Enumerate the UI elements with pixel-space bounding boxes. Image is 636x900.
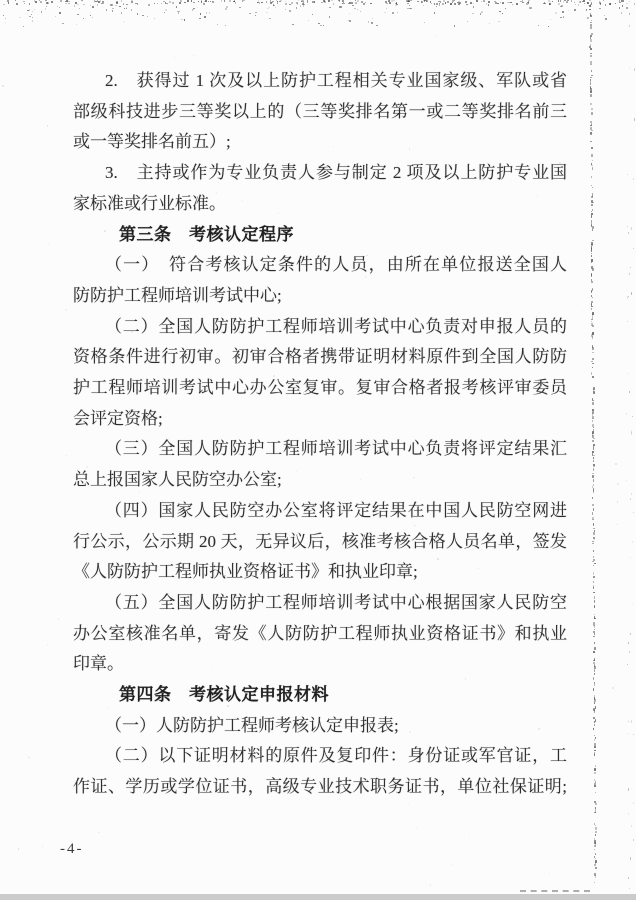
scan-noise-dot (494, 1, 496, 2)
scan-noise-dot (454, 0, 455, 1)
scan-noise-dot (7, 0, 9, 2)
scan-noise-dot (307, 2, 309, 3)
scan-noise-dot (599, 1, 600, 2)
scan-noise-dot (593, 528, 595, 529)
scan-noise-dot (592, 167, 593, 170)
scan-noise-dot (593, 446, 594, 449)
scan-noise-dot (529, 7, 531, 9)
scan-noise-dot (16, 3, 17, 5)
scan-noise-dot (631, 432, 632, 435)
scan-noise-dot (94, 0, 95, 2)
text-line: （四）国家人民防空办公室将评定结果在中国人民防空网进 (73, 496, 567, 527)
scan-noise-dot (591, 213, 593, 215)
scan-noise-dot (177, 11, 179, 12)
scan-noise-dot (593, 429, 595, 431)
scan-noise-dot (594, 673, 595, 675)
scan-noise-dot (409, 8, 411, 9)
scan-noise-dot (595, 875, 596, 878)
scan-noise-dot (591, 259, 592, 262)
scan-noise-dot (169, 1, 171, 3)
scan-noise-dot (98, 1, 99, 3)
scan-noise-dot (234, 0, 235, 2)
scan-noise-dot (593, 427, 594, 428)
scan-noise-dot (586, 9, 587, 11)
scan-noise-dot (166, 3, 168, 4)
scan-noise-dot (447, 1, 448, 3)
text-line: 作证、学历或学位证书，高级专业技术职务证书，单位社保证明; (73, 772, 567, 803)
scan-noise-dot (552, 1, 553, 2)
scan-noise-dot (594, 596, 595, 599)
scan-noise-dot (210, 1, 211, 2)
scan-noise-dot (29, 3, 30, 4)
scan-noise-dot (590, 86, 591, 89)
scan-noise-dot (97, 4, 98, 6)
scan-noise-dot (589, 5, 591, 6)
scan-noise-dot (502, 13, 504, 14)
scan-noise-dot (571, 0, 572, 2)
scan-noise-dot (62, 23, 64, 24)
scan-noise-dot (590, 127, 591, 129)
scan-noise-dot (593, 400, 594, 401)
scan-noise-dot (594, 768, 596, 771)
scan-noise-dot (209, 12, 210, 14)
scan-noise-dot (594, 658, 595, 661)
scan-noise-dot (164, 12, 166, 13)
scan-noise-dot (622, 0, 624, 2)
scan-noise-dot (388, 0, 390, 2)
scan-noise-dot (603, 0, 604, 1)
scan-noise-dot (594, 779, 595, 781)
scan-noise-dot (592, 367, 593, 368)
scan-noise-dot (591, 334, 593, 337)
scan-noise-dot (591, 123, 592, 126)
scan-noise-dot (258, 0, 259, 2)
scan-noise-dot (595, 860, 597, 863)
scan-noise-dot (628, 721, 629, 723)
scan-noise-dot (592, 413, 593, 415)
scan-noise-dot (627, 321, 628, 322)
scan-noise-dot (632, 604, 633, 605)
scan-noise-dot (593, 728, 594, 730)
scan-noise-dot (595, 792, 596, 794)
scan-noise-dot (365, 2, 366, 3)
scan-noise-dot (592, 409, 594, 411)
scan-noise-dot (593, 488, 594, 490)
scan-noise-dot (593, 479, 594, 482)
scan-noise-dot (619, 0, 621, 1)
scan-noise-dot (594, 721, 595, 723)
scan-noise-dot (465, 1, 467, 3)
scan-noise-dot (409, 5, 410, 6)
scan-noise-dot (590, 141, 592, 142)
scan-noise-dot (303, 4, 304, 5)
scan-noise-dot (285, 9, 286, 10)
scan-noise-dot (372, 18, 373, 20)
scan-noise-dot (442, 3, 444, 5)
scan-noise-dot (303, 1, 304, 2)
scan-noise-dot (226, 6, 228, 8)
scan-noise-dot (560, 0, 561, 1)
scan-noise-dot (592, 398, 593, 401)
scan-noise-dot (512, 4, 513, 5)
scan-noise-dot (528, 1, 529, 2)
scan-noise-dot (473, 6, 474, 8)
scan-noise-dot (201, 1, 202, 3)
scan-noise-dot (355, 2, 357, 4)
scan-noise-dot (594, 785, 596, 787)
scan-noise-dot (57, 6, 58, 7)
scan-noise-dot (269, 18, 270, 20)
scan-noise-dot (115, 5, 117, 7)
scan-noise-dot (593, 717, 595, 719)
scan-noise-dot (333, 3, 335, 5)
scan-noise-dot (385, 1, 387, 2)
scan-noise-dot (590, 132, 592, 134)
scan-noise-dot (566, 1, 568, 3)
scan-noise-dot (563, 1, 564, 3)
scan-noise-dot (592, 358, 594, 359)
scan-noise-dot (410, 0, 412, 1)
scan-noise-dot (296, 2, 297, 4)
scan-noise-dot (590, 4, 592, 7)
scan-noise-dot (595, 737, 596, 739)
scan-noise-dot (594, 801, 595, 803)
scan-noise-dot (424, 0, 426, 1)
scan-noise-dot (633, 839, 634, 841)
scan-noise-dot (582, 1, 583, 3)
scan-noise-dot (163, 1, 165, 3)
scan-noise-dot (192, 9, 193, 11)
scan-noise-dot (368, 21, 369, 23)
scan-noise-dot (593, 587, 594, 589)
scan-noise-dot (200, 13, 202, 15)
scan-noise-dot (594, 838, 595, 840)
scan-noise-dot (422, 1, 424, 3)
scan-noise-dot (131, 9, 132, 11)
scan-noise-dot (90, 5, 92, 6)
scan-noise-dot (376, 25, 377, 26)
scan-noise-dot (452, 2, 454, 3)
scan-noise-dot (363, 3, 365, 4)
scan-noise-dot (593, 532, 594, 535)
scan-noise-dot (83, 4, 85, 5)
scan-noise-dot (443, 0, 445, 2)
scan-noise-dot (633, 248, 634, 249)
scan-noise-dot (594, 702, 595, 704)
scan-noise-dot (81, 0, 82, 1)
scan-noise-dot (590, 35, 592, 37)
scan-noise-dot (590, 77, 592, 78)
scan-noise-dot (225, 25, 226, 26)
scan-noise-dot (126, 4, 128, 5)
scan-noise-dot (626, 7, 628, 9)
scan-noise-dot (591, 2, 592, 5)
scan-noise-dot (277, 1, 279, 2)
scan-noise-dot (396, 2, 397, 4)
scan-noise-dot (458, 1, 460, 2)
scan-noise-dot (592, 336, 593, 339)
scan-noise-dot (594, 684, 595, 686)
scan-noise-dot (349, 20, 351, 22)
scan-noise-dot (249, 13, 251, 14)
scan-noise-dot (594, 882, 595, 883)
scan-noise-dot (630, 267, 631, 268)
scan-noise-dot (580, 1, 581, 3)
scan-noise-dot (206, 12, 208, 14)
scan-noise-dot (628, 642, 629, 644)
scan-noise-dot (302, 3, 303, 5)
scan-noise-dot (595, 867, 597, 869)
scan-noise-dot (225, 8, 227, 10)
scan-noise-dot (567, 0, 568, 1)
scan-noise-dot (593, 559, 594, 561)
scan-noise-dot (591, 185, 592, 187)
scan-noise-dot (616, 524, 618, 525)
scan-noise-dot (424, 22, 425, 23)
scan-noise-dot (594, 616, 595, 619)
scan-noise-dot (591, 301, 593, 303)
scan-noise-dot (592, 332, 594, 335)
scan-noise-dot (590, 83, 592, 85)
scan-noise-dot (267, 8, 269, 9)
scan-noise-dot (591, 215, 592, 217)
scan-noise-dot (591, 361, 593, 362)
scan-noise-dot (590, 90, 592, 93)
scan-noise-dot (594, 563, 596, 564)
scan-noise-dot (255, 15, 256, 16)
scan-noise-dot (593, 581, 594, 584)
scan-noise-dot (505, 8, 506, 9)
text-line: （一） 符合考核认定条件的人员，由所在单位报送全国人 (73, 250, 567, 281)
scan-noise-dot (467, 21, 468, 22)
scan-noise-dot (408, 1, 410, 2)
scan-noise-dot (2, 85, 4, 87)
scan-noise-dot (612, 687, 614, 689)
scan-noise-dot (76, 24, 77, 25)
scan-noise-dot (37, 562, 39, 563)
scan-noise-dot (434, 3, 436, 5)
scan-noise-dot (592, 517, 594, 519)
scan-noise-dot (617, 483, 619, 485)
scan-noise-dot (495, 2, 497, 4)
scan-noise-dot (591, 262, 592, 263)
scan-noise-dot (594, 664, 595, 667)
scan-noise-dot (558, 3, 560, 5)
scan-noise-dot (60, 0, 62, 2)
scan-noise-dot (357, 9, 358, 11)
scan-noise-dot (592, 187, 593, 188)
scan-noise-dot (631, 292, 632, 294)
scan-noise-dot (370, 3, 372, 4)
scan-noise-dot (594, 695, 595, 698)
scan-noise-dot (591, 306, 592, 308)
scan-noise-dot (594, 710, 596, 713)
scan-noise-dot (591, 112, 593, 115)
scan-noise-dot (592, 352, 594, 353)
text-line: 防防护工程师培训考试中心; (73, 281, 567, 312)
article-heading: 第四条 考核认定申报材料 (73, 680, 567, 711)
scan-noise-dot (591, 165, 593, 166)
scan-noise-dot (593, 444, 595, 445)
scan-noise-dot (593, 677, 594, 679)
scan-noise-dot (593, 508, 594, 511)
scan-noise-dot (417, 1, 419, 2)
scan-noise-dot (229, 0, 231, 2)
scan-noise-dot (408, 803, 409, 804)
scan-noise-dot (242, 0, 243, 2)
scan-noise-dot (627, 664, 628, 666)
scan-noise-dot (634, 3, 635, 4)
scan-noise-dot (68, 3, 70, 4)
scan-noise-dot (39, 0, 40, 1)
scan-noise-dot (98, 832, 100, 834)
scan-noise-dot (574, 2, 576, 4)
scan-noise-dot (457, 2, 459, 3)
text-line: 家标准或行业标准。 (73, 189, 567, 220)
scan-noise-dot (193, 2, 194, 3)
scan-noise-dot (590, 121, 592, 123)
scan-noise-dot (593, 464, 595, 466)
scan-noise-dot (235, 2, 237, 4)
scan-noise-dot (135, 3, 137, 4)
scan-noise-dot (243, 0, 245, 1)
scan-noise-dot (549, 3, 551, 5)
scan-noise-dot (142, 15, 144, 16)
scan-noise-dot (594, 739, 595, 741)
scan-noise-dot (329, 7, 331, 8)
scan-noise-dot (261, 2, 262, 4)
scan-noise-dot (407, 0, 409, 2)
scan-noise-dot (221, 0, 223, 2)
scan-noise-dot (629, 651, 630, 653)
text-line: 3. 主持或作为专业负责人参与制定 2 项及以上防护专业国 (73, 158, 567, 189)
scan-noise-dot (198, 1, 199, 2)
scan-noise-dot (66, 0, 68, 2)
scan-noise-dot (594, 697, 595, 700)
scan-noise-dot (520, 1, 522, 2)
scan-noise-dot (626, 480, 627, 482)
scan-noise-dot (595, 834, 597, 837)
scan-noise-dot (591, 279, 592, 281)
scan-noise-dot (591, 323, 593, 326)
scan-noise-dot (500, 2, 501, 3)
scan-smudge-mark (520, 890, 590, 892)
scan-noise-dot (481, 11, 483, 13)
scan-noise-dot (303, 5, 304, 7)
scan-noise-dot (459, 2, 461, 4)
scan-noise-dot (285, 3, 287, 4)
scan-noise-dot (239, 7, 241, 8)
scan-noise-dot (622, 5, 623, 7)
scan-noise-dot (82, 1, 83, 2)
scan-noise-dot (590, 79, 591, 81)
scan-noise-dot (407, 8, 409, 9)
scan-noise-dot (562, 11, 563, 13)
scan-noise-dot (285, 1, 286, 2)
scan-noise-dot (488, 1, 489, 3)
scan-noise-dot (591, 275, 593, 277)
scan-noise-dot (594, 750, 595, 751)
scan-noise-dot (629, 273, 630, 275)
scan-noise-dot (592, 435, 594, 437)
scan-noise-dot (46, 6, 47, 7)
scan-noise-dot (31, 14, 32, 15)
scan-noise-dot (593, 484, 595, 487)
scan-noise-dot (595, 781, 596, 783)
scan-noise-dot (592, 473, 594, 474)
scan-noise-dot (564, 0, 566, 1)
scan-noise-dot (592, 345, 593, 348)
scan-noise-dot (594, 618, 596, 619)
scan-noise-dot (95, 1, 97, 2)
scan-noise-dot (592, 475, 594, 478)
scan-noise-dot (592, 297, 594, 298)
scan-noise-dot (550, 19, 551, 20)
scan-noise-dot (204, 1, 206, 2)
scan-noise-dot (593, 523, 594, 525)
scan-noise-dot (594, 530, 595, 532)
scan-noise-dot (126, 8, 127, 9)
scan-noise-dot (615, 463, 617, 465)
scan-noise-dot (591, 246, 592, 249)
scan-noise-dot (593, 438, 595, 439)
scan-noise-dot (595, 706, 596, 709)
scan-noise-dot (498, 21, 500, 22)
scan-noise-dot (3, 4, 5, 5)
scan-noise-dot (528, 0, 530, 1)
scan-noise-dot (348, 20, 349, 21)
scan-noise-dot (371, 22, 373, 24)
scan-noise-dot (544, 2, 546, 3)
scan-noise-dot (522, 2, 524, 4)
scan-noise-dot (289, 10, 291, 12)
scan-noise-dot (421, 1, 422, 3)
scan-noise-dot (5, 22, 7, 24)
scan-noise-dot (590, 125, 592, 126)
scan-noise-dot (29, 16, 30, 17)
scan-noise-dot (594, 724, 596, 727)
scan-noise-dot (275, 7, 276, 8)
scan-noise-dot (591, 70, 593, 71)
scan-noise-dot (472, 13, 474, 14)
scan-noise-dot (594, 783, 596, 785)
scan-noise-dot (502, 2, 504, 4)
scan-bottom-edge-band (0, 894, 636, 900)
scan-noise-dot (270, 0, 271, 2)
scan-noise-dot (510, 2, 512, 3)
scan-noise-dot (212, 1, 214, 3)
scan-noise-dot (591, 20, 592, 21)
scan-noise-dot (592, 504, 594, 507)
scan-noise-dot (590, 55, 592, 57)
scan-noise-dot (592, 420, 593, 422)
scan-noise-dot (592, 240, 594, 242)
scan-noise-dot (594, 849, 596, 850)
scan-noise-dot (74, 5, 76, 6)
scan-noise-dot (66, 455, 67, 456)
scan-noise-dot (592, 160, 594, 161)
scan-noise-dot (180, 0, 182, 1)
scan-noise-dot (560, 17, 561, 18)
scan-noise-dot (23, 26, 24, 27)
scan-noise-dot (548, 26, 549, 27)
scan-noise-dot (450, 3, 451, 5)
scan-noise-dot (392, 12, 394, 14)
scan-noise-dot (591, 253, 592, 254)
scan-noise-dot (587, 2, 588, 3)
scan-noise-dot (397, 12, 398, 13)
scan-noise-dot (41, 11, 42, 13)
